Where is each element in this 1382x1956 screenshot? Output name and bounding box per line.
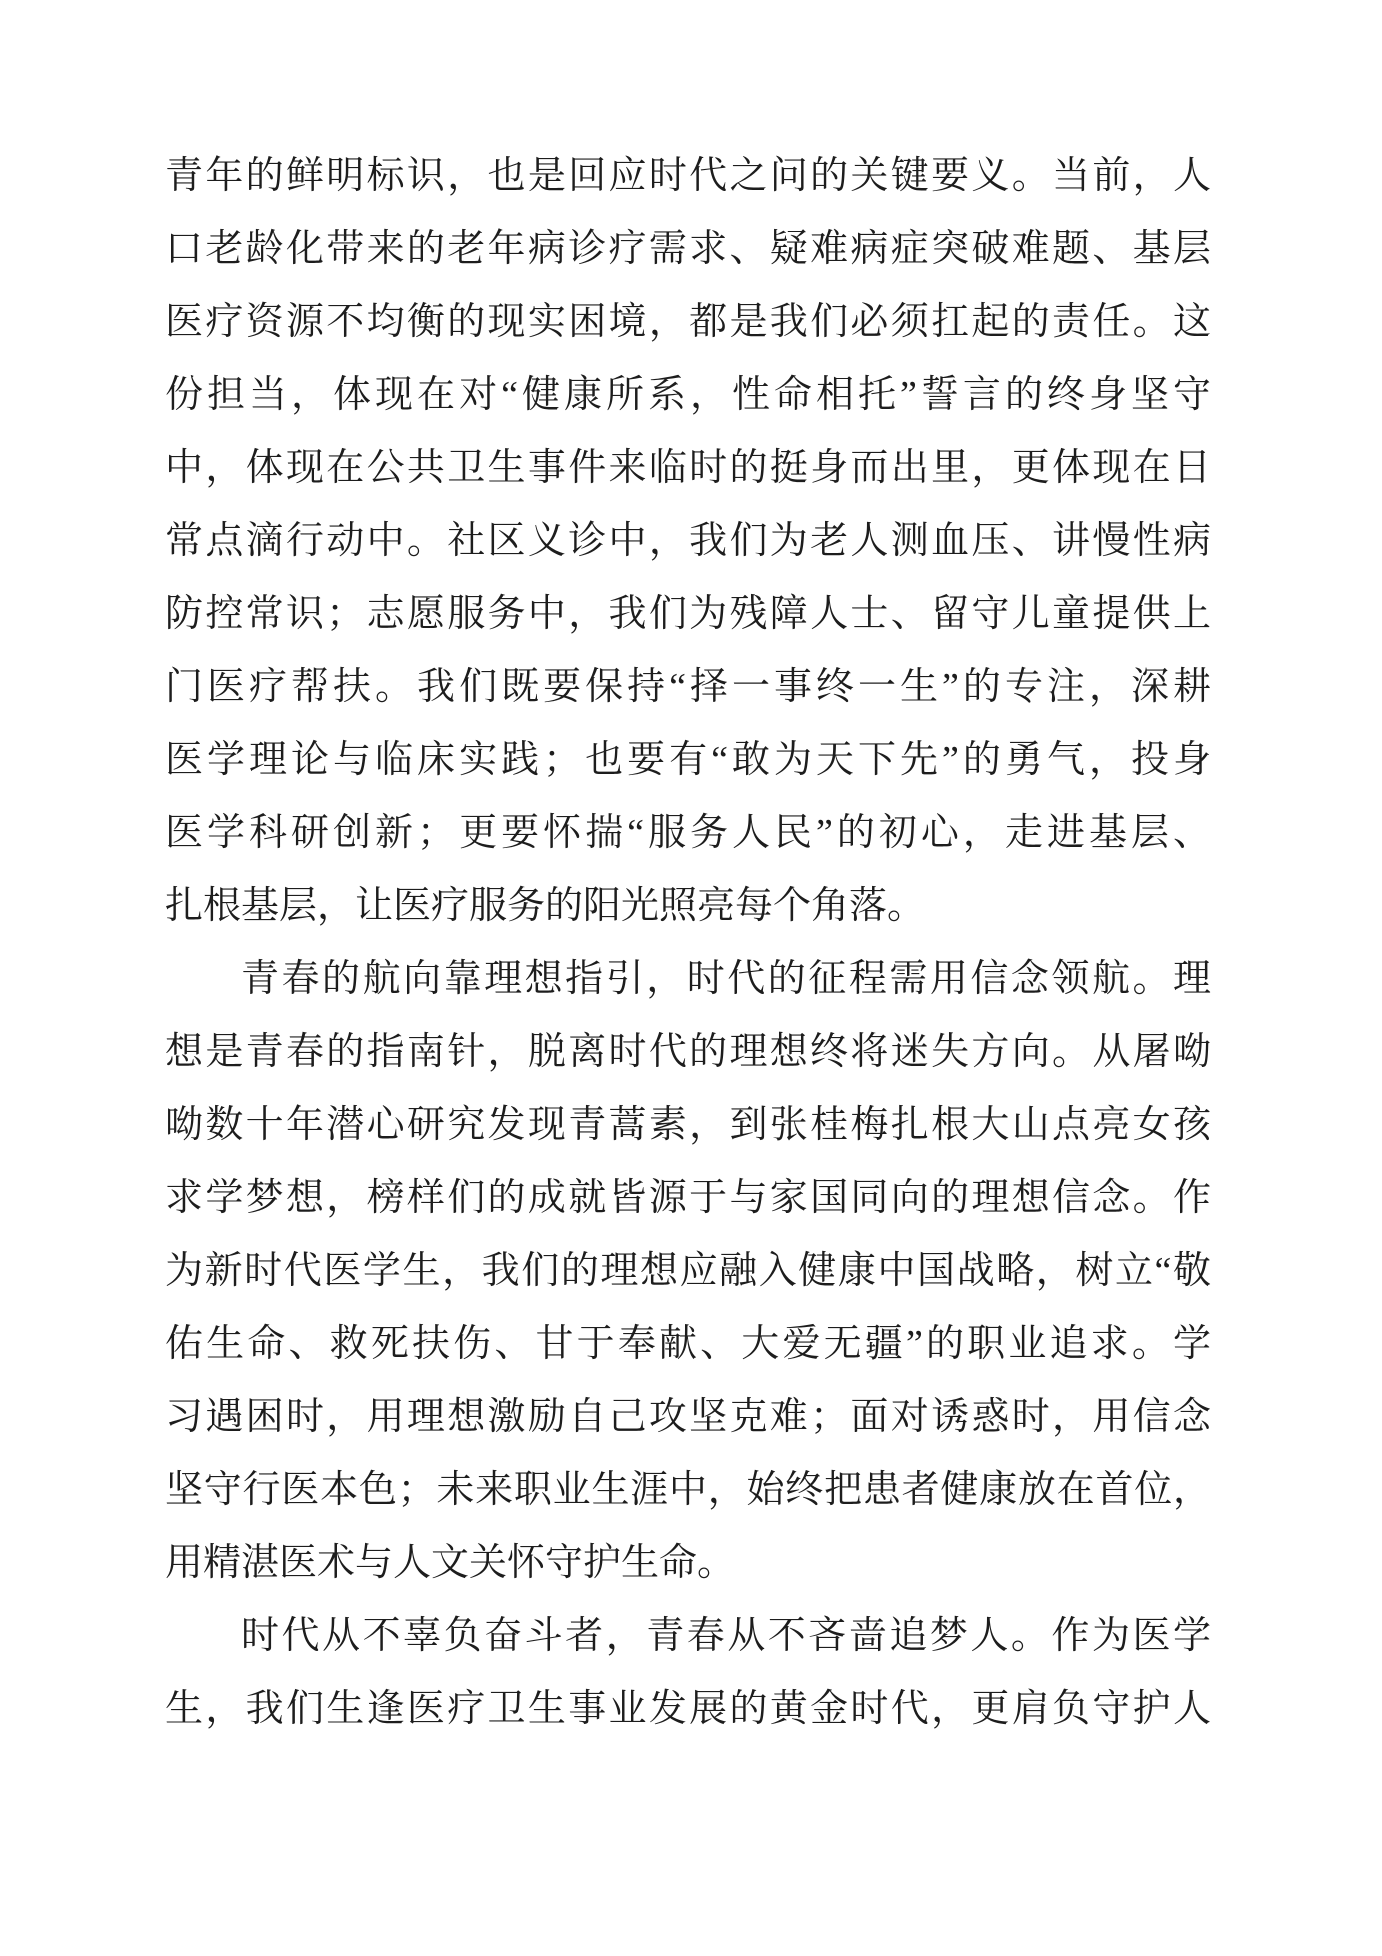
text-line: 时代从不辜负奋斗者，青春从不吝啬追梦人。作为医学 bbox=[165, 1600, 1211, 1673]
text-line: 口老龄化带来的老年病诊疗需求、疑难病症突破难题、基层 bbox=[165, 213, 1211, 286]
text-line: 坚守行医本色；未来职业生涯中，始终把患者健康放在首位， bbox=[165, 1454, 1211, 1527]
text-line: 习遇困时，用理想激励自己攻坚克难；面对诱惑时，用信念 bbox=[165, 1381, 1211, 1454]
text-line: 常点滴行动中。社区义诊中，我们为老人测血压、讲慢性病 bbox=[165, 505, 1211, 578]
text-line: 门医疗帮扶。我们既要保持“择一事终一生”的专注，深耕 bbox=[165, 651, 1211, 724]
text-line: 青年的鲜明标识，也是回应时代之问的关键要义。当前，人 bbox=[165, 140, 1211, 213]
text-line: 呦数十年潜心研究发现青蒿素，到张桂梅扎根大山点亮女孩 bbox=[165, 1089, 1211, 1162]
text-line: 医疗资源不均衡的现实困境，都是我们必须扛起的责任。这 bbox=[165, 286, 1211, 359]
text-line: 生，我们生逢医疗卫生事业发展的黄金时代，更肩负守护人 bbox=[165, 1673, 1211, 1746]
text-line: 份担当，体现在对“健康所系，性命相托”誓言的终身坚守 bbox=[165, 359, 1211, 432]
text-line: 佑生命、救死扶伤、甘于奉献、大爱无疆”的职业追求。学 bbox=[165, 1308, 1211, 1381]
text-line: 医学理论与临床实践；也要有“敢为天下先”的勇气，投身 bbox=[165, 724, 1211, 797]
document-page: 青年的鲜明标识，也是回应时代之问的关键要义。当前，人 口老龄化带来的老年病诊疗需… bbox=[0, 0, 1382, 1956]
paragraph-1: 青年的鲜明标识，也是回应时代之问的关键要义。当前，人 口老龄化带来的老年病诊疗需… bbox=[165, 140, 1211, 943]
text-line: 为新时代医学生，我们的理想应融入健康中国战略，树立“敬 bbox=[165, 1235, 1211, 1308]
text-line: 防控常识；志愿服务中，我们为残障人士、留守儿童提供上 bbox=[165, 578, 1211, 651]
text-line: 青春的航向靠理想指引，时代的征程需用信念领航。理 bbox=[165, 943, 1211, 1016]
paragraph-2: 青春的航向靠理想指引，时代的征程需用信念领航。理 想是青春的指南针，脱离时代的理… bbox=[165, 943, 1211, 1600]
text-line: 扎根基层，让医疗服务的阳光照亮每个角落。 bbox=[165, 870, 1211, 943]
text-line: 想是青春的指南针，脱离时代的理想终将迷失方向。从屠呦 bbox=[165, 1016, 1211, 1089]
text-line: 用精湛医术与人文关怀守护生命。 bbox=[165, 1527, 1211, 1600]
text-line: 医学科研创新；更要怀揣“服务人民”的初心，走进基层、 bbox=[165, 797, 1211, 870]
text-line: 求学梦想，榜样们的成就皆源于与家国同向的理想信念。作 bbox=[165, 1162, 1211, 1235]
paragraph-3: 时代从不辜负奋斗者，青春从不吝啬追梦人。作为医学 生，我们生逢医疗卫生事业发展的… bbox=[165, 1600, 1211, 1746]
essay-body: 青年的鲜明标识，也是回应时代之问的关键要义。当前，人 口老龄化带来的老年病诊疗需… bbox=[165, 140, 1211, 1746]
text-line: 中，体现在公共卫生事件来临时的挺身而出里，更体现在日 bbox=[165, 432, 1211, 505]
